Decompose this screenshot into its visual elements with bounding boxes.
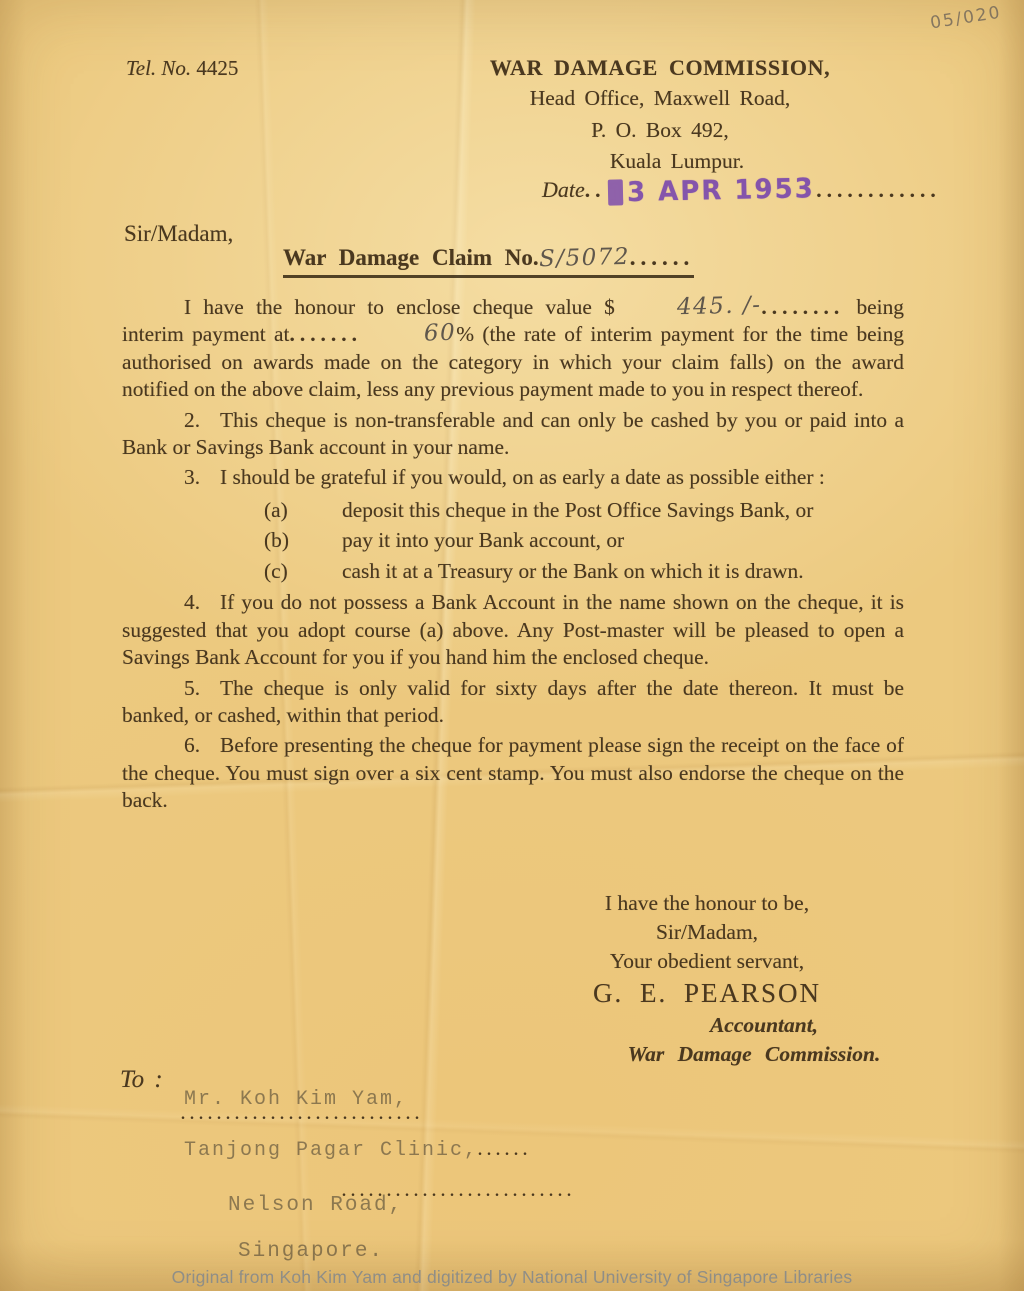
letter-body: I have the honour to enclose cheque valu…: [122, 294, 904, 818]
recipient-city-typed: Singapore.: [238, 1240, 384, 1263]
value-leader-dots: ........: [761, 295, 844, 319]
signature-title: Accountant,: [549, 1011, 979, 1040]
cheque-value-handwritten: 445. /-: [615, 292, 762, 323]
options-list: (a)deposit this cheque in the Post Offic…: [122, 495, 904, 587]
option-a: (a)deposit this cheque in the Post Offic…: [122, 495, 904, 526]
paragraph-6-text: Before presenting the cheque for payment…: [122, 733, 904, 812]
paragraph-6-number: 6.: [184, 733, 200, 757]
paragraph-5-number: 5.: [184, 676, 200, 700]
recipient-clinic-line: Tanjong Pagar Clinic,......: [184, 1139, 532, 1162]
closing-line-3: Your obedient servant,: [492, 947, 922, 976]
address-line-1: Head Office, Maxwell Road,: [410, 83, 910, 115]
recipient-clinic-typed: Tanjong Pagar Clinic,: [184, 1139, 478, 1162]
option-b-text: pay it into your Bank account, or: [342, 528, 624, 552]
option-c-text: cash it at a Treasury or the Bank on whi…: [342, 559, 804, 583]
digitization-watermark: Original from Koh Kim Yam and digitized …: [0, 1267, 1024, 1288]
closing-block: I have the honour to be, Sir/Madam, Your…: [492, 889, 922, 1069]
paragraph-5-text: The cheque is only valid for sixty days …: [122, 676, 904, 727]
paragraph-1: I have the honour to enclose cheque valu…: [122, 294, 904, 404]
option-b-label: (b): [264, 525, 342, 556]
closing-line-2: Sir/Madam,: [492, 918, 922, 947]
date-trailing-dots: ............: [816, 178, 941, 202]
signature-organization: War Damage Commission.: [539, 1040, 969, 1069]
paragraph-2: 2.This cheque is non-transferable and ca…: [122, 407, 904, 462]
claim-label: War Damage Claim No.: [283, 245, 539, 270]
paragraph-4-number: 4.: [184, 590, 200, 614]
option-a-text: deposit this cheque in the Post Office S…: [342, 498, 813, 522]
recipient-name-dots: ...........................: [181, 1106, 424, 1124]
to-label: To :: [120, 1066, 163, 1094]
recipient-road-typed: Nelson Road,: [228, 1194, 403, 1217]
signature-name: G. E. PEARSON: [492, 979, 922, 1008]
telephone-number: Tel. No. 4425: [126, 56, 238, 81]
date-stamp-day-blotch: 1: [607, 179, 623, 205]
recipient-clinic-dots: ......: [478, 1142, 532, 1159]
date-leader-dots: ..: [585, 178, 606, 202]
paragraph-3-text: I should be grateful if you would, on as…: [220, 465, 825, 489]
option-b: (b)pay it into your Bank account, or: [122, 525, 904, 556]
option-c: (c)cash it at a Treasury or the Bank on …: [122, 556, 904, 587]
address-line-3: Kuala Lumpur.: [410, 146, 910, 178]
paragraph-1-text-a: I have the honour to enclose cheque valu…: [184, 295, 615, 319]
salutation: Sir/Madam,: [124, 221, 233, 247]
paragraph-5: 5.The cheque is only valid for sixty day…: [122, 675, 904, 730]
paragraph-2-number: 2.: [184, 408, 200, 432]
date-stamp: 13 APR 1953: [607, 173, 814, 209]
option-a-label: (a): [264, 495, 342, 526]
paragraph-6: 6.Before presenting the cheque for payme…: [122, 732, 904, 814]
closing-line-1: I have the honour to be,: [492, 889, 922, 918]
date-stamp-text: 3 APR 1953: [626, 173, 814, 208]
paragraph-2-text: This cheque is non-transferable and can …: [122, 408, 904, 459]
letterhead: WAR DAMAGE COMMISSION, Head Office, Maxw…: [410, 52, 910, 178]
organization-name: WAR DAMAGE COMMISSION,: [410, 52, 910, 83]
paragraph-3-number: 3.: [184, 465, 200, 489]
telephone-value: 4425: [196, 56, 238, 80]
date-line: Date..13 APR 1953............: [542, 176, 941, 206]
claim-number-handwritten: S/5072: [538, 244, 630, 272]
option-c-label: (c): [264, 556, 342, 587]
paragraph-4-text: If you do not possess a Bank Account in …: [122, 590, 904, 669]
address-line-2: P. O. Box 492,: [410, 115, 910, 147]
date-label: Date: [542, 177, 585, 202]
claim-heading: War Damage Claim No.S/5072......: [283, 245, 694, 278]
paragraph-4: 4.If you do not possess a Bank Account i…: [122, 589, 904, 671]
telephone-label: Tel. No.: [126, 56, 191, 80]
pencil-reference-number: 05/020: [929, 3, 1003, 34]
paragraph-3: 3.I should be grateful if you would, on …: [122, 464, 904, 491]
scanned-letter-page: { "colors": { "paper": "#ecc97f", "ink":…: [0, 0, 1024, 1291]
rate-leader-dots: .......: [290, 322, 362, 346]
rate-handwritten: 60: [362, 320, 457, 350]
claim-trailing-dots: ......: [630, 245, 695, 270]
